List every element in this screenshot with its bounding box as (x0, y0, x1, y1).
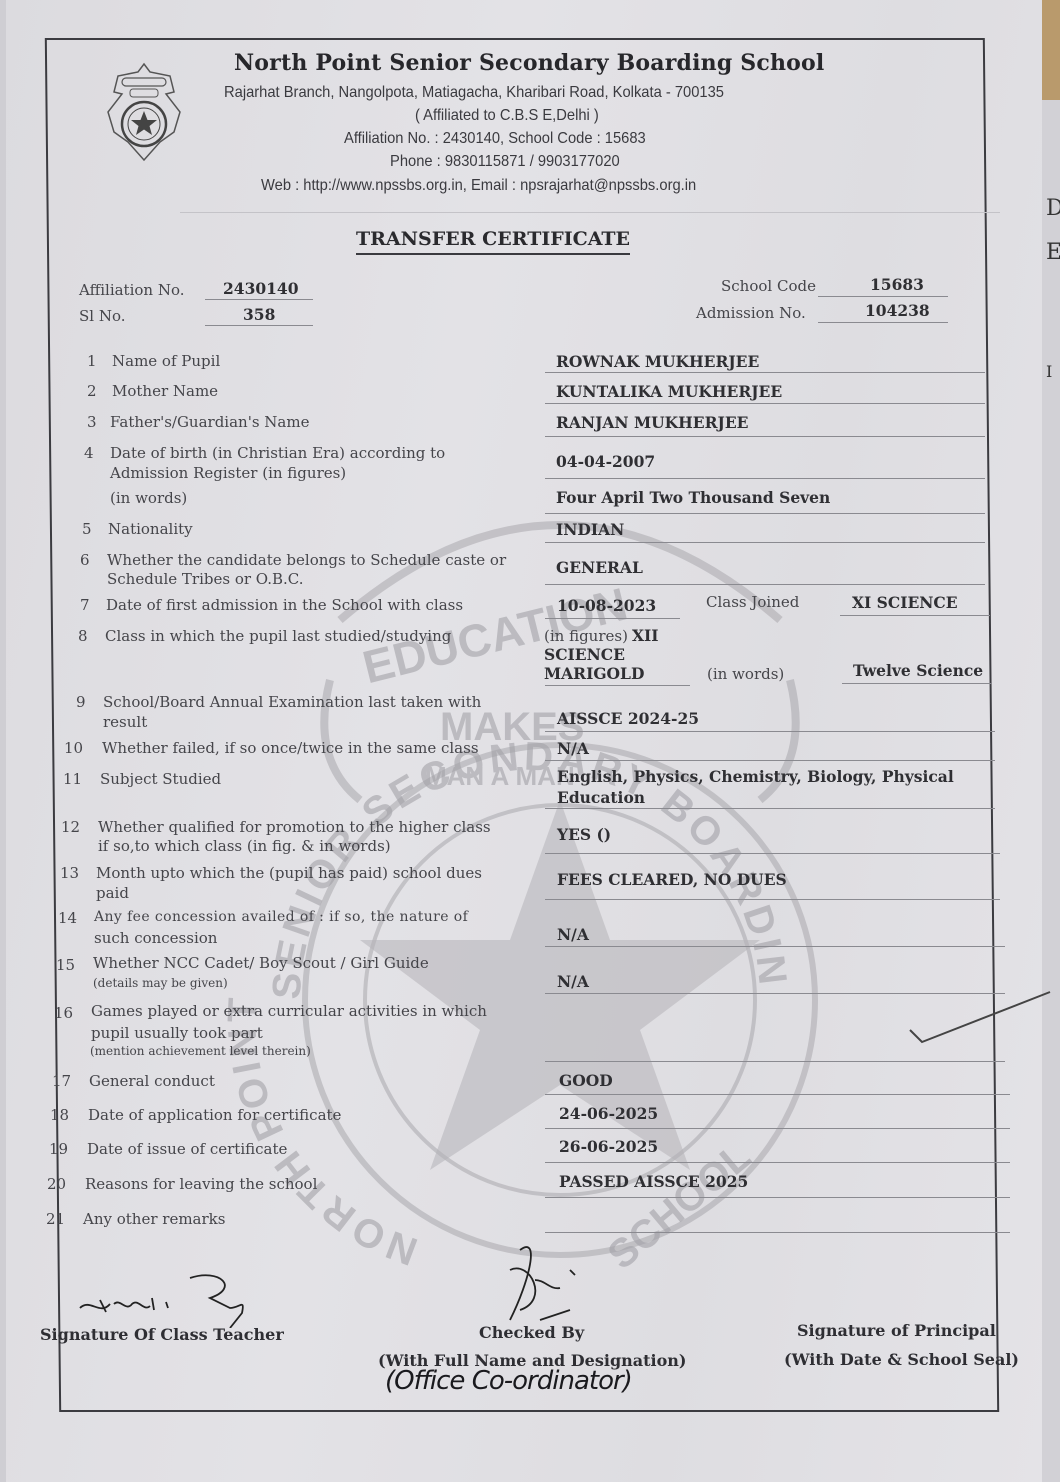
background-letter: E (1046, 240, 1060, 265)
row-label-last-class: Class in which the pupil last studied/st… (105, 627, 451, 645)
field-underline (545, 685, 690, 686)
field-underline (545, 403, 985, 404)
field-underline (545, 760, 995, 761)
background-letter: D (1046, 196, 1060, 221)
field-underline (545, 899, 1000, 900)
class-joined-value: XI SCIENCE (852, 593, 958, 612)
sl-no-label: Sl No. (79, 307, 126, 325)
phone-line: Phone : 9830115871 / 9903177020 (390, 153, 620, 171)
row-value-conduct: GOOD (559, 1071, 613, 1090)
row-label-activities: Games played or extra curricular activit… (91, 1002, 487, 1020)
affiliated-board: ( Affiliated to C.B.S E,Delhi ) (415, 107, 599, 125)
class-teacher-signature-label: Signature Of Class Teacher (40, 1325, 284, 1344)
row-label-nationality: Nationality (108, 520, 193, 538)
row-value-issue-date: 26-06-2025 (559, 1137, 658, 1156)
checked-by-label: Checked By (479, 1323, 584, 1342)
row-number: 21 (46, 1210, 65, 1228)
row-value-category: GENERAL (556, 558, 643, 577)
row-label-name-of-pupil: Name of Pupil (112, 352, 220, 370)
school-address: Rajarhat Branch, Nangolpota, Matiagacha,… (224, 84, 724, 102)
row-number: 3 (87, 413, 97, 431)
row-label-dues: Month upto which the (pupil has paid) sc… (96, 864, 482, 882)
field-underline (545, 1128, 1010, 1129)
row-value-leaving-reason: PASSED AISSCE 2025 (559, 1172, 748, 1191)
field-underline (545, 1094, 1010, 1095)
row-value-application-date: 24-06-2025 (559, 1104, 658, 1123)
in-words-label: (in words) (707, 665, 784, 683)
row-number: 14 (58, 909, 77, 927)
field-underline (545, 1197, 1010, 1198)
row-value-dues: FEES CLEARED, NO DUES (557, 870, 787, 889)
row-label-issue-date: Date of issue of certificate (87, 1140, 287, 1158)
field-underline (545, 993, 1005, 994)
school-crest-star-icon (104, 62, 184, 162)
row-number: 16 (54, 1004, 73, 1022)
row-value-last-class-figures: XII (632, 626, 659, 645)
field-underline (818, 296, 948, 297)
row-label-first-admission: Date of first admission in the School wi… (106, 596, 463, 614)
row-value-last-class-section: MARIGOLD (544, 664, 644, 683)
row-number: 5 (82, 520, 92, 538)
field-underline (545, 372, 985, 373)
row-label-category-line2: Schedule Tribes or O.B.C. (107, 570, 304, 588)
principal-signature-label: Signature of Principal (797, 1321, 996, 1340)
row-value-father-name: RANJAN MUKHERJEE (556, 413, 748, 432)
field-underline (545, 513, 985, 514)
field-underline (545, 436, 985, 437)
row-label-dob: Date of birth (in Christian Era) accordi… (110, 444, 445, 462)
row-label-conduct: General conduct (89, 1072, 215, 1090)
row-label-activities-line3: (mention achievement level therein) (90, 1044, 311, 1058)
principal-seal-label: (With Date & School Seal) (784, 1350, 1019, 1369)
row-label-failed: Whether failed, if so once/twice in the … (102, 739, 479, 757)
web-email-line: Web : http://www.npssbs.org.in, Email : … (261, 177, 696, 195)
desk-surface (1040, 0, 1060, 100)
field-underline (545, 946, 1005, 947)
field-underline (840, 615, 990, 616)
sl-no-value: 358 (243, 305, 275, 324)
row-label-application-date: Date of application for certificate (88, 1106, 341, 1124)
admission-no-value: 104238 (865, 301, 930, 320)
class-joined-label: Class Joined (706, 593, 799, 611)
row-number: 15 (56, 956, 75, 974)
row-value-promotion: YES () (557, 825, 611, 844)
row-number: 17 (52, 1072, 71, 1090)
row-value-mother-name: KUNTALIKA MUKHERJEE (556, 382, 782, 401)
field-underline (205, 299, 313, 300)
background-letter: I (1046, 362, 1052, 381)
row-number: 12 (61, 818, 80, 836)
row-label-father-name: Father's/Guardian's Name (110, 413, 309, 431)
row-value-nationality: INDIAN (556, 520, 624, 539)
row-label-concession: Any fee concession availed of : if so, t… (94, 909, 468, 925)
row-value-subjects: English, Physics, Chemistry, Biology, Ph… (557, 767, 954, 786)
affiliation-no-label: Affiliation No. (79, 281, 185, 299)
row-number: 13 (60, 864, 79, 882)
field-underline (842, 683, 992, 684)
row-value-failed: N/A (557, 739, 589, 758)
field-underline (545, 1162, 1010, 1163)
row-value-last-class-words: Twelve Science (853, 661, 983, 680)
certificate-title: TRANSFER CERTIFICATE (356, 228, 630, 255)
row-label-last-exam: School/Board Annual Examination last tak… (103, 693, 481, 711)
row-number: 10 (64, 739, 83, 757)
row-value-ncc: N/A (557, 972, 589, 991)
row-label-last-exam-line2: result (103, 713, 147, 731)
row-label-dob-line2: Admission Register (in figures) (110, 464, 346, 482)
row-number: 20 (47, 1175, 66, 1193)
row-number: 19 (49, 1140, 68, 1158)
row-value-last-exam: AISSCE 2024-25 (557, 709, 699, 728)
field-underline (545, 584, 985, 585)
field-underline (545, 618, 680, 619)
row-label-dob-words: (in words) (110, 489, 187, 507)
row-label-promotion: Whether qualified for promotion to the h… (98, 818, 491, 836)
school-name: North Point Senior Secondary Boarding Sc… (234, 50, 824, 76)
field-underline (545, 808, 995, 809)
in-figures-label: (in figures) (544, 627, 628, 645)
row-value-dob-words: Four April Two Thousand Seven (556, 488, 830, 507)
row-label-concession-line2: such concession (94, 929, 217, 947)
row-label-activities-line2: pupil usually took part (91, 1024, 263, 1042)
row-number: 6 (80, 551, 90, 569)
field-underline (545, 731, 995, 732)
field-underline (545, 1061, 1005, 1062)
field-underline (545, 1232, 1010, 1233)
row-label-mother-name: Mother Name (112, 382, 218, 400)
row-value-name-of-pupil: ROWNAK MUKHERJEE (556, 352, 759, 371)
row-value-concession: N/A (557, 925, 589, 944)
row-number: 9 (76, 693, 86, 711)
row-label-category: Whether the candidate belongs to Schedul… (107, 551, 506, 569)
row-label-ncc: Whether NCC Cadet/ Boy Scout / Girl Guid… (93, 954, 429, 972)
school-code-label: School Code (721, 277, 816, 295)
row-label-dues-line2: paid (96, 884, 129, 902)
row-value-first-admission-date: 10-08-2023 (557, 596, 656, 615)
row-label-subjects: Subject Studied (100, 770, 221, 788)
row-number: 2 (87, 382, 97, 400)
row-number: 7 (80, 596, 90, 614)
row-number: 8 (78, 627, 88, 645)
row-value-subjects-line2: Education (557, 788, 645, 807)
field-underline (818, 322, 948, 323)
row-value-dob-figures: 04-04-2007 (556, 452, 655, 471)
row-label-leaving-reason: Reasons for leaving the school (85, 1175, 317, 1193)
affiliation-no-value: 2430140 (223, 279, 299, 298)
field-underline (545, 853, 1000, 854)
row-value-last-class-stream: SCIENCE (544, 645, 625, 664)
admission-no-label: Admission No. (696, 304, 806, 322)
row-number: 18 (50, 1106, 69, 1124)
field-underline (545, 542, 985, 543)
field-underline (545, 478, 985, 479)
row-label-remarks: Any other remarks (83, 1210, 225, 1228)
row-number: 4 (84, 444, 94, 462)
row-number: 1 (87, 352, 97, 370)
affiliation-line: Affiliation No. : 2430140, School Code :… (344, 130, 646, 148)
checked-by-handwriting: (Office Co-ordinator) (385, 1366, 632, 1396)
school-code-value: 15683 (870, 275, 924, 294)
row-label-ncc-line2: (details may be given) (93, 976, 228, 990)
row-label-promotion-line2: if so,to which class (in fig. & in words… (98, 837, 391, 855)
field-underline (205, 325, 313, 326)
row-number: 11 (63, 770, 82, 788)
header-divider (180, 212, 1000, 213)
